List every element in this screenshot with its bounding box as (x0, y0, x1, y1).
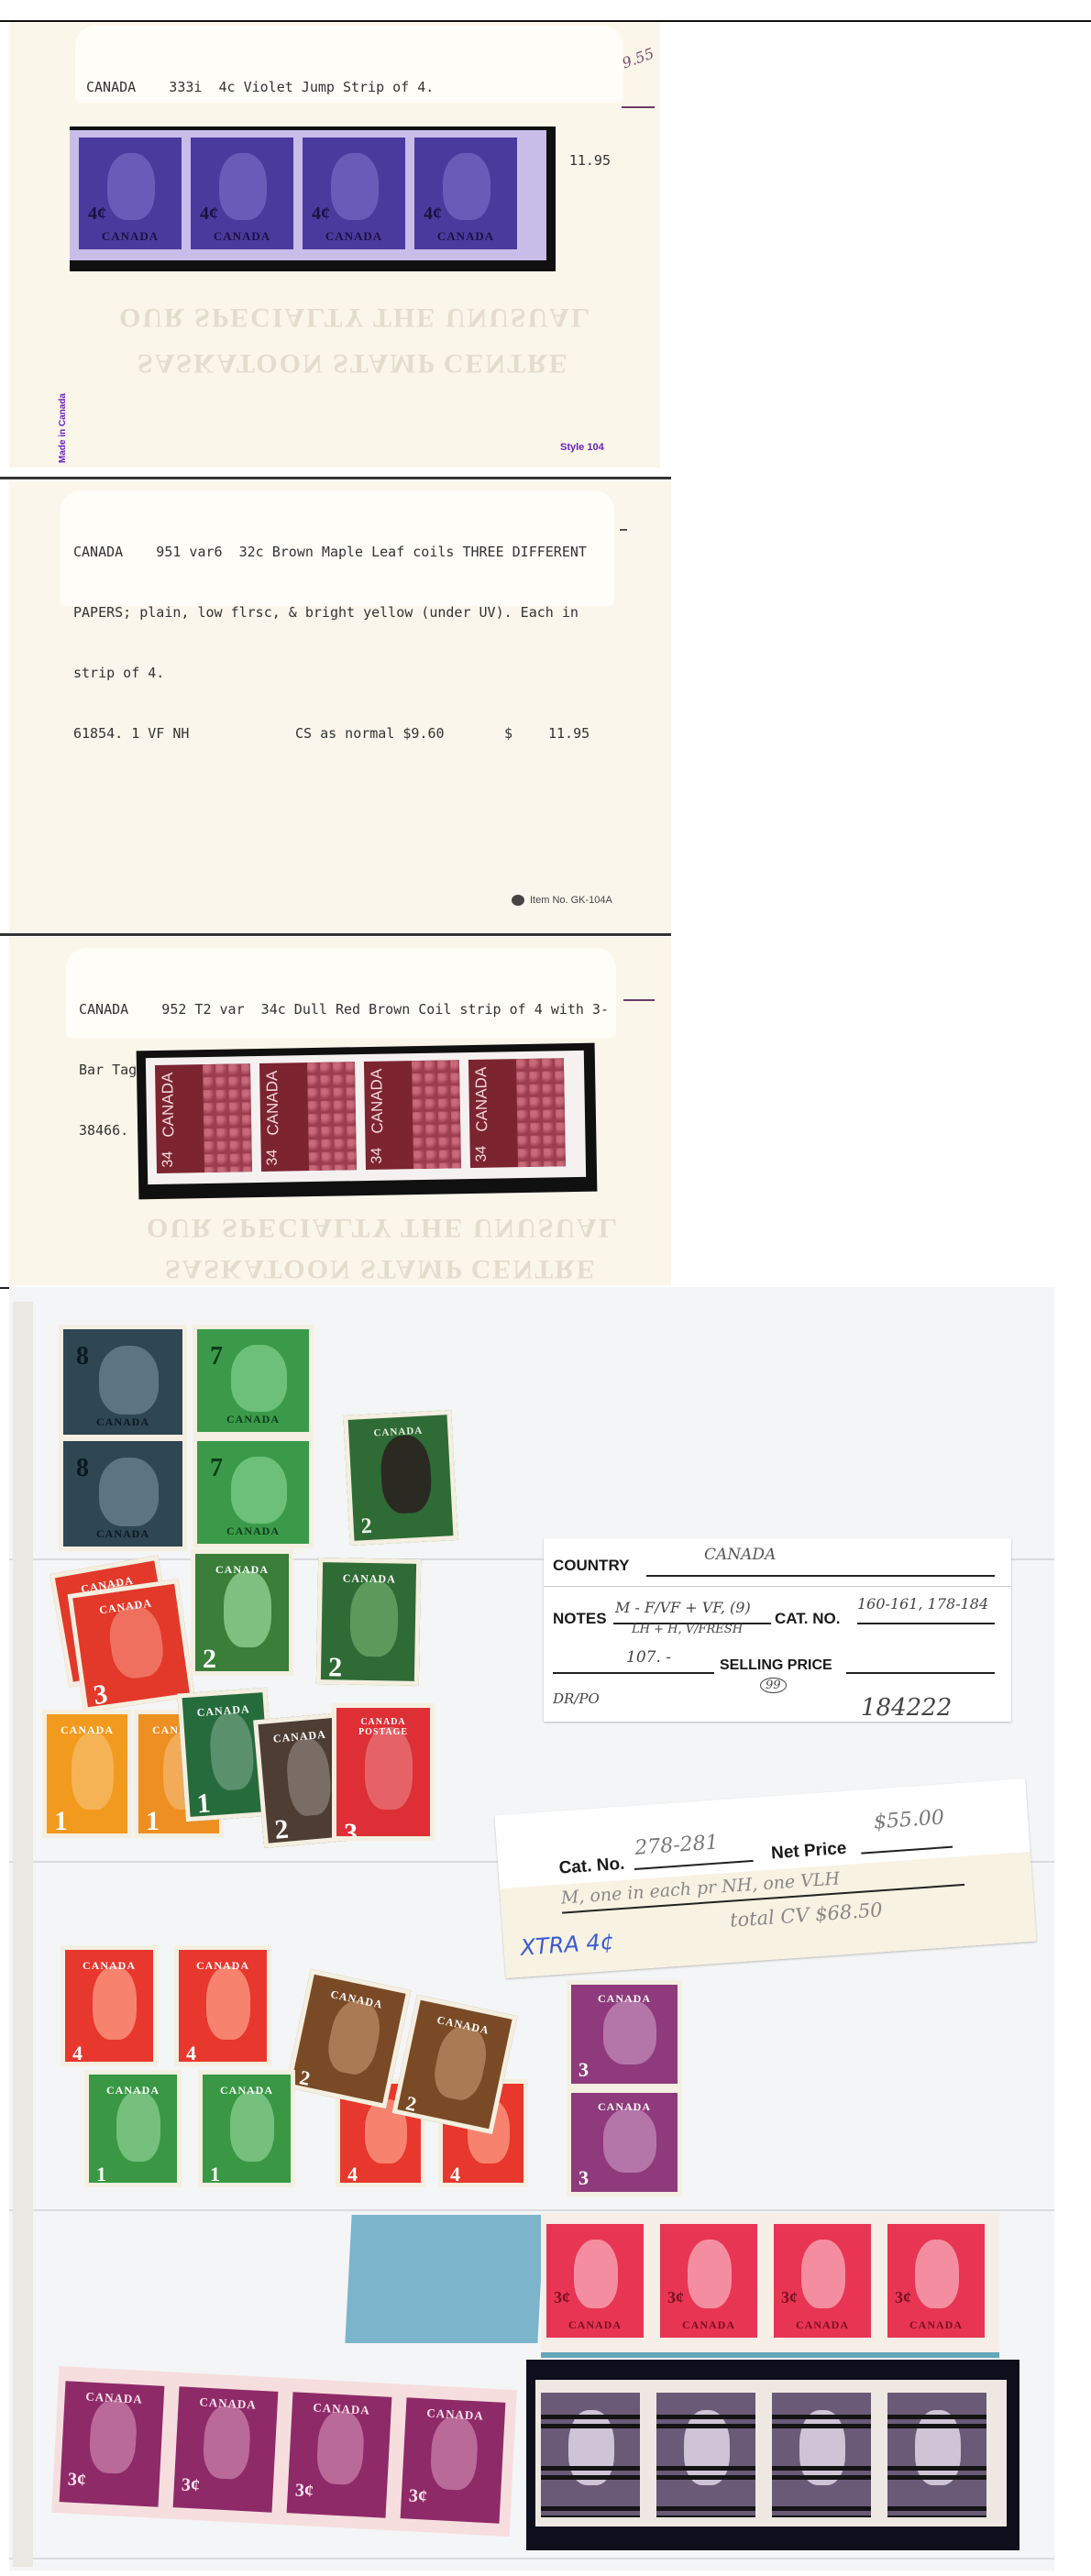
card-3-pen-mark (623, 999, 655, 1001)
portrait-vignette (915, 2240, 960, 2307)
stamp-country-text: CANADA (546, 2318, 644, 2332)
precancel-bar (772, 2515, 871, 2517)
tag-2-extra-note: XTRA 4¢ (520, 1929, 615, 1961)
stamp-denomination: 7 (210, 1342, 223, 1371)
card-3-ghost-text: OUR SPECIALTY THE UNUSUAL (147, 1212, 619, 1243)
tag-2-net-line (861, 1846, 953, 1854)
stamp-country-text: CANADA (571, 2100, 678, 2114)
karsh-queen-stamp: CANADA3¢ (546, 2224, 644, 2338)
stock-card-1: CANADA 333i 4c Violet Jump Strip of 4. 4… (9, 22, 660, 468)
card-1-made-in-canada: Made in Canada (58, 393, 68, 463)
stamp-country-text: CANADA (179, 1959, 267, 1973)
parliament-building-icon (412, 1060, 461, 1169)
stamp-denomination: 3 (579, 2058, 589, 2082)
parliament-building-icon (307, 1062, 357, 1171)
tag-2-net-value: $55.00 (873, 1806, 945, 1833)
stamp-denomination: 4 (186, 2042, 196, 2065)
stamp-country-text: CANADA (63, 1415, 182, 1429)
violet-queen-stamp: CANADA4¢ (191, 138, 293, 249)
divider (0, 477, 671, 479)
parliament-building-icon (516, 1058, 566, 1167)
violet-queen-stamp: CANADA4¢ (79, 138, 182, 249)
stamp-country-text: CANADA (159, 1073, 178, 1138)
stamp-denomination: 7 (210, 1454, 223, 1483)
precancel-bar (887, 2415, 986, 2419)
stamp-denomination: 3¢ (408, 2486, 427, 2508)
portrait-vignette (799, 2410, 845, 2485)
precancel-stamp (772, 2393, 871, 2517)
stamp-denomination: 3 (92, 1679, 110, 1712)
stamp-denomination: 3 (344, 1818, 358, 1841)
card-1-pen-mark (622, 106, 655, 108)
queen-library-stamp: CANADA8 (59, 1437, 187, 1551)
stamp-denomination: 34 (265, 1150, 281, 1166)
portrait-vignette (688, 2240, 733, 2307)
stamp-denomination: 3¢ (181, 2475, 200, 2497)
card-3-label: CANADA 952 T2 var 34c Dull Red Brown Coi… (66, 948, 616, 1038)
stamp-denomination: 8 (76, 1342, 89, 1371)
precancel-bar (772, 2415, 871, 2419)
stamp-country-text: CANADA (203, 2084, 291, 2097)
queen-transport-stamp: CANADA7 (193, 1325, 314, 1437)
tag-1-catno-value: 160-161, 178-184 (857, 1595, 988, 1613)
portrait-vignette (93, 1966, 138, 2039)
tag-1-selling-value: 99 (760, 1678, 787, 1693)
stamp-country-text: CANADA (323, 1571, 416, 1587)
tag-2-catno-label: Cat. No. (558, 1855, 625, 1879)
stamp-denomination: 3¢ (554, 2288, 570, 2307)
precancel-bar (887, 2424, 986, 2428)
parliament-building-icon (203, 1063, 252, 1172)
card-2-description-2: PAPERS; plain, low flrsc, & bright yello… (73, 602, 601, 622)
stock-strip-edge (9, 2558, 1054, 2559)
portrait-vignette (443, 153, 490, 220)
stamp-country-text: CANADA (79, 229, 182, 244)
portrait-vignette (72, 1733, 113, 1810)
stamp-denomination: 2 (360, 1514, 372, 1540)
tag-1-fold (544, 1586, 1011, 1587)
king-george-stamp: CANADA2 (191, 1549, 293, 1676)
stamp-denomination: 1 (146, 1806, 160, 1837)
precancel-bar (656, 2424, 755, 2428)
card-2-pen-mark (620, 529, 627, 531)
precancel-bar (541, 2424, 640, 2428)
dealer-tag-1: COUNTRY CANADA NOTES M - F/VF + VF, (9) … (544, 1538, 1011, 1722)
precancel-bar (541, 2515, 640, 2517)
precancel-bar (656, 2415, 755, 2419)
stamp-country-text: CANADA (292, 2399, 391, 2419)
portrait-vignette (219, 153, 267, 220)
tag-1-selling-label: SELLING PRICE (720, 1657, 832, 1674)
portrait-vignette (107, 153, 155, 220)
precancel-bar (772, 2466, 871, 2471)
stamp-denomination: 4¢ (312, 204, 330, 225)
portrait-vignette (603, 2000, 656, 2065)
tag-2-catno-line (634, 1860, 754, 1870)
card-2-currency: $ (504, 723, 548, 743)
violet-queen-stamp: CANADA4¢ (303, 138, 405, 249)
precancel-bar (541, 2506, 640, 2511)
tag-1-notes-value: M - F/VF + VF, (9) (615, 1599, 751, 1616)
card-2-description-3: strip of 4. (73, 663, 601, 683)
war-issue-stamp: CANADA4 (61, 1945, 158, 2066)
portrait-vignette (915, 2410, 961, 2485)
stamp-denomination: 2 (273, 1814, 290, 1846)
king-george-stamp: CANADA2 (316, 1558, 421, 1686)
tag-1-reference-number: 184222 (861, 1694, 952, 1722)
portrait-vignette (380, 1434, 434, 1514)
portrait-vignette (684, 2410, 730, 2485)
parliament-stamp: CANADA34 (468, 1058, 566, 1168)
portrait-vignette (350, 1580, 399, 1657)
queen-library-stamp: CANADA8 (59, 1325, 187, 1439)
king-george-vi-stamp: CANADA3¢ (60, 2381, 165, 2506)
stamp-denomination: 8 (76, 1454, 89, 1483)
precancel-bar (541, 2415, 640, 2419)
stamp-country-text: CANADA (64, 2388, 164, 2408)
card-2-stock-number: 61854. 1 VF NH (73, 723, 295, 743)
stamp-denomination: 2 (203, 1644, 216, 1675)
stamp-denomination: 1 (96, 2163, 106, 2186)
stamp-country-text: CANADA (195, 1563, 289, 1577)
karsh-queen-stamp: CANADA3¢ (887, 2224, 985, 2338)
stock-card-2: CANADA 951 var6 32c Brown Maple Leaf coi… (9, 481, 671, 932)
stamp-denomination: 1 (54, 1806, 68, 1837)
card-2-item-number: Item No. GK-104A (512, 895, 612, 906)
precancel-bar (772, 2475, 871, 2480)
stamp-denomination: 3¢ (294, 2481, 314, 2503)
stamp-denomination: 2 (328, 1652, 343, 1683)
stamp-denomination: 34 (474, 1146, 490, 1162)
stamp-country-text: CANADA (197, 1413, 309, 1426)
card-3-description-1: CANADA 952 T2 var 34c Dull Red Brown Coi… (79, 999, 603, 1019)
portrait-vignette (231, 1345, 287, 1412)
stamp-country-text: CANADA (191, 229, 293, 244)
stamp-country-text: CANADA (89, 2084, 177, 2097)
stamp-denomination: 4 (450, 2163, 460, 2186)
war-issue-stamp: CANADA3 (567, 1980, 682, 2088)
card-1-price: 11.95 (569, 150, 611, 171)
portrait-vignette (603, 2108, 656, 2174)
precancel-bar (656, 2475, 755, 2480)
stamp-country-text: CANADA (774, 2318, 871, 2332)
tag-1-country-label: COUNTRY (553, 1557, 629, 1575)
tag-2-net-label: Net Price (770, 1839, 847, 1865)
stamp-country-text: CANADA (65, 1959, 153, 1973)
precancel-bar (772, 2424, 871, 2428)
portrait-vignette (99, 1458, 158, 1526)
portrait-vignette (99, 1346, 158, 1415)
portrait-vignette (574, 2240, 619, 2307)
stamp-denomination: 4¢ (88, 204, 106, 225)
stamp-country-text: CANADA (178, 2394, 278, 2414)
stamp-denomination: 4 (72, 2042, 83, 2065)
portrait-vignette (430, 2416, 479, 2491)
portrait-vignette (801, 2240, 846, 2307)
parliament-stamp: CANADA34 (364, 1060, 461, 1170)
portrait-vignette (568, 2410, 614, 2485)
parliament-stamp: CANADA34 (259, 1062, 357, 1172)
coil-leader-strip (345, 2215, 544, 2343)
portrait-vignette (208, 1712, 255, 1791)
stamp-denomination: 3¢ (67, 2470, 86, 2492)
tag-1-initials: DR/PO (553, 1690, 600, 1707)
king-george-vi-stamp: CANADA3¢ (287, 2392, 392, 2517)
card-2-description-1: CANADA 951 var6 32c Brown Maple Leaf coi… (73, 542, 601, 562)
tag-1-cv-line (553, 1672, 714, 1674)
precancel-bar (887, 2466, 986, 2471)
stock-card-3: CANADA 952 T2 var 34c Dull Red Brown Coi… (9, 937, 671, 1285)
war-issue-stamp: CANADA1 (198, 2070, 295, 2187)
stamp-country-text: CANADA (303, 229, 405, 244)
portrait-vignette (206, 1966, 251, 2039)
stamp-denomination: 4¢ (200, 204, 218, 225)
king-george-vi-stamp: CANADA3¢ (401, 2397, 506, 2523)
karsh-queen-stamp: CANADA3¢ (660, 2224, 757, 2338)
stamp-country-text: CANADA (660, 2318, 757, 2332)
queen-transport-stamp: CANADA7 (193, 1437, 314, 1548)
stamp-country-text: CANADA (263, 1071, 282, 1136)
precancel-bar (656, 2515, 755, 2517)
portrait-vignette (365, 1727, 413, 1810)
stamp-denomination: 3¢ (895, 2288, 911, 2307)
tag-2-total-cv: total CV $68.50 (729, 1899, 883, 1932)
tag-1-country-value: CANADA (704, 1546, 776, 1564)
stamp-denomination: 34 (369, 1148, 386, 1164)
precancel-bar (656, 2506, 755, 2511)
precancel-bar (656, 2466, 755, 2471)
stamp-country-text: CANADA (405, 2405, 505, 2425)
card-1-style-label: Style 104 (560, 442, 604, 453)
apple-logo-icon (512, 895, 524, 906)
stamp-denomination: 1 (196, 1788, 212, 1820)
precancel-bar (887, 2506, 986, 2511)
stamp-country-text: CANADA POSTAGE (336, 1717, 430, 1737)
portrait-vignette (224, 1571, 271, 1647)
war-issue-stamp: CANADA4 (174, 1945, 271, 2066)
king-george-used-stamp: CANADA2 (343, 1410, 457, 1546)
card-1-stamp-strip: CANADA4¢CANADA4¢CANADA4¢CANADA4¢ (70, 130, 546, 260)
tag-1-selling-line (846, 1672, 995, 1674)
portrait-vignette (89, 2399, 138, 2474)
tag-1-catno-line (857, 1623, 995, 1624)
card-3-ghost-text-2: SASKATOON STAMP CENTRE (165, 1253, 597, 1284)
precancel-stamp (541, 2393, 640, 2517)
stamp-denomination: 3¢ (667, 2288, 684, 2307)
stamp-country-text: CANADA (368, 1069, 387, 1134)
portrait-vignette (285, 1736, 333, 1817)
stamp-country-text: CANADA (887, 2318, 985, 2332)
stamp-country-text: CANADA (571, 1992, 678, 2006)
card-2-price: 11.95 (548, 723, 590, 743)
stamp-denomination: 2 (297, 2065, 312, 2091)
king-george-stamp: CANADA POSTAGE3 (332, 1703, 435, 1841)
karsh-queen-stamp: CANADA3¢ (774, 2224, 871, 2338)
portrait-vignette (331, 153, 379, 220)
card-2-label: CANADA 951 var6 32c Brown Maple Leaf coi… (61, 490, 614, 606)
stamp-denomination: 4 (347, 2163, 358, 2186)
card-3-stamp-strip: CANADA34CANADA34CANADA34CANADA34 (146, 1051, 586, 1184)
war-issue-stamp: CANADA1 (84, 2070, 182, 2187)
stamp-denomination: 2 (403, 2091, 418, 2117)
tag-1-cv-value: 107. - (626, 1648, 671, 1667)
portrait-vignette (231, 1457, 287, 1524)
parliament-stamp: CANADA34 (155, 1063, 252, 1173)
king-george-stamp: CANADA1 (42, 1710, 132, 1838)
tag-2-catno-value: 278-281 (634, 1832, 720, 1860)
stamp-country-text: CANADA (414, 229, 517, 244)
stamp-denomination: 3¢ (781, 2288, 798, 2307)
card-1-handwritten-price: 9.55 (620, 44, 656, 72)
portrait-vignette (316, 2410, 366, 2485)
precancel-stamp (887, 2393, 986, 2517)
stamp-country-text: CANADA (47, 1723, 127, 1737)
precancel-bar (887, 2515, 986, 2517)
stamp-country-text: CANADA (197, 1525, 309, 1538)
war-issue-stamp: CANADA3 (567, 2088, 682, 2196)
stamp-denomination: 3 (579, 2166, 589, 2190)
card-1-ghost-text: OUR SPECIALTY THE UNUSUAL (119, 302, 591, 333)
precancel-bar (887, 2475, 986, 2480)
stamp-country-text: CANADA (472, 1067, 491, 1132)
tag-1-catno-label: CAT. NO. (775, 1610, 840, 1628)
stamp-denomination: 1 (210, 2163, 220, 2186)
stamp-country-text: CANADA (182, 1701, 264, 1721)
tag-1-notes-value-2: LH + H, V/FRESH (632, 1623, 743, 1636)
card-1-description: CANADA 333i 4c Violet Jump Strip of 4. (86, 77, 611, 97)
stamp-denomination: 34 (160, 1151, 177, 1168)
precancel-stamp (656, 2393, 755, 2517)
king-george-vi-stamp: CANADA3¢ (173, 2386, 279, 2512)
king-george-stamp: CANADA3 (68, 1579, 195, 1712)
portrait-vignette (203, 2405, 252, 2480)
precancel-bar (541, 2475, 640, 2480)
stock-strip-edge (9, 2209, 1054, 2211)
tag-1-notes-label: NOTES (553, 1610, 607, 1628)
portrait-vignette (230, 2091, 275, 2162)
divider (0, 933, 671, 936)
card-2-item-label: Item No. GK-104A (530, 895, 612, 906)
stamp-denomination: 4¢ (424, 204, 442, 225)
card-2-catalog-value: CS as normal $9.60 (295, 723, 504, 743)
stamp-country-text: CANADA (63, 1527, 182, 1541)
card-1-ghost-text-2: SASKATOON STAMP CENTRE (138, 347, 569, 379)
tag-1-country-line (646, 1575, 995, 1577)
stock-page-binding (13, 1302, 33, 2567)
precancel-bar (541, 2466, 640, 2471)
precancel-bar (772, 2506, 871, 2511)
card-1-label: CANADA 333i 4c Violet Jump Strip of 4. 4… (75, 26, 623, 103)
portrait-vignette (116, 2091, 161, 2162)
violet-queen-stamp: CANADA4¢ (414, 138, 517, 249)
